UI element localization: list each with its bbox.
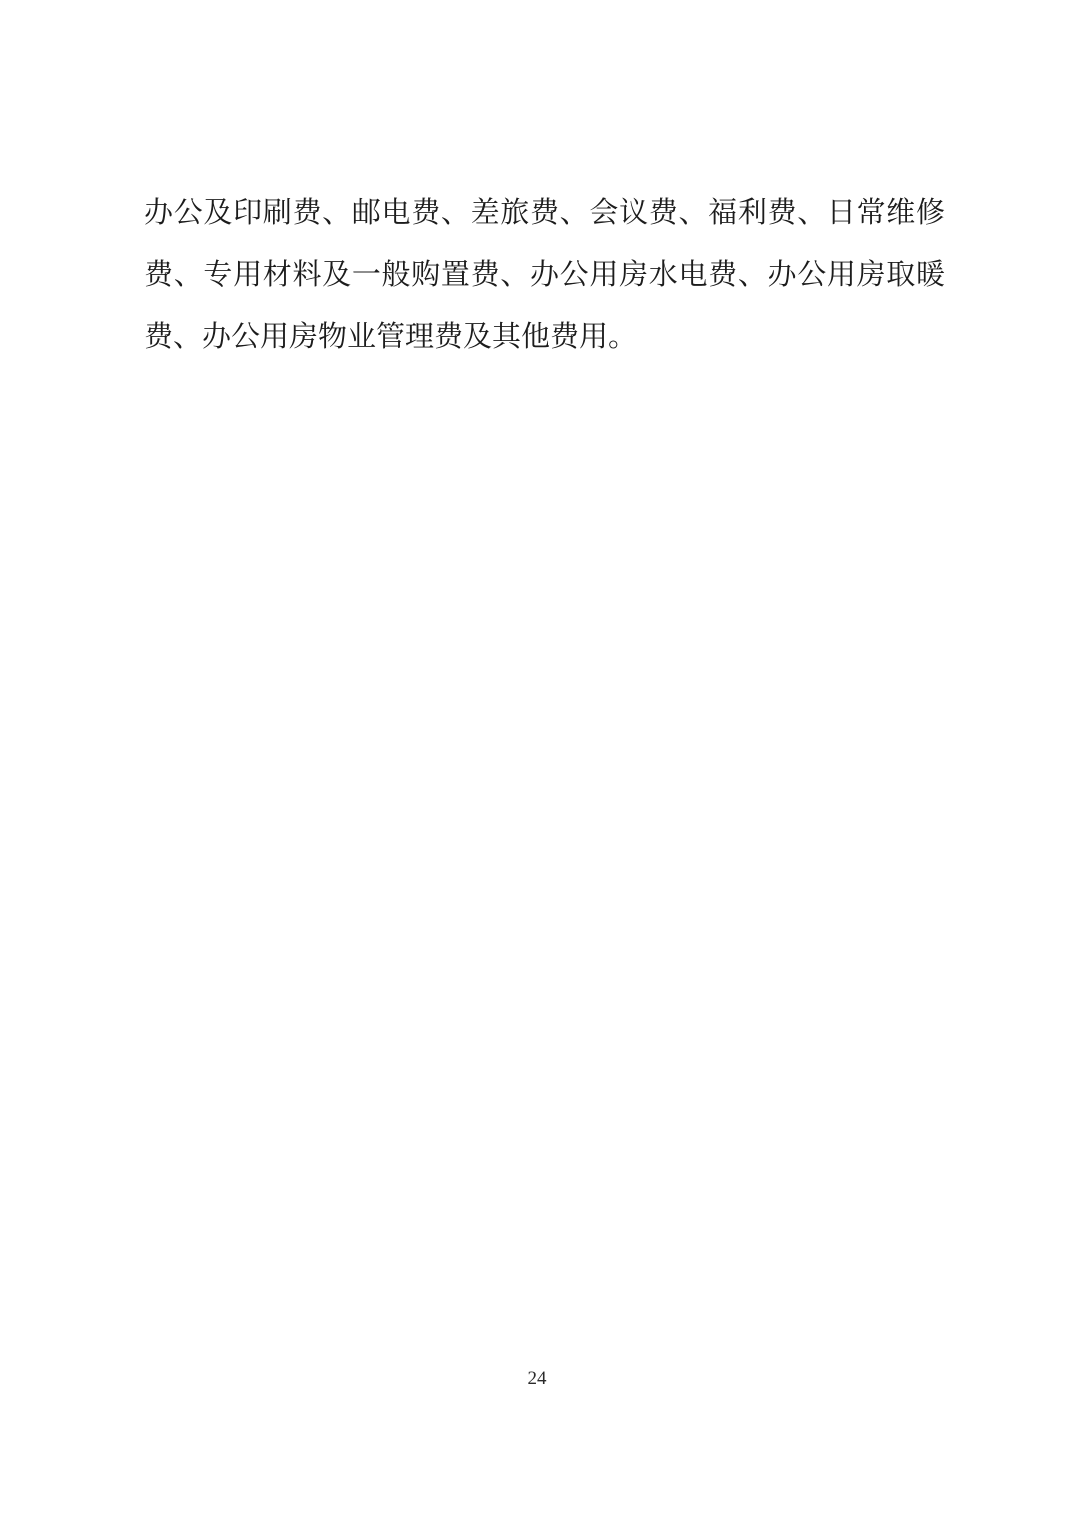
paragraph-line-1: 办公及印刷费、邮电费、差旅费、会议费、福利费、日常维修 [144, 182, 945, 244]
paragraph-line-2: 费、专用材料及一般购置费、办公用房水电费、办公用房取暖 [144, 244, 945, 306]
page-number: 24 [0, 1368, 1074, 1390]
paragraph-line-3: 费、办公用房物业管理费及其他费用。 [144, 306, 945, 368]
document-page: 办公及印刷费、邮电费、差旅费、会议费、福利费、日常维修 费、专用材料及一般购置费… [0, 0, 1074, 1520]
paragraph: 办公及印刷费、邮电费、差旅费、会议费、福利费、日常维修 费、专用材料及一般购置费… [144, 182, 945, 368]
